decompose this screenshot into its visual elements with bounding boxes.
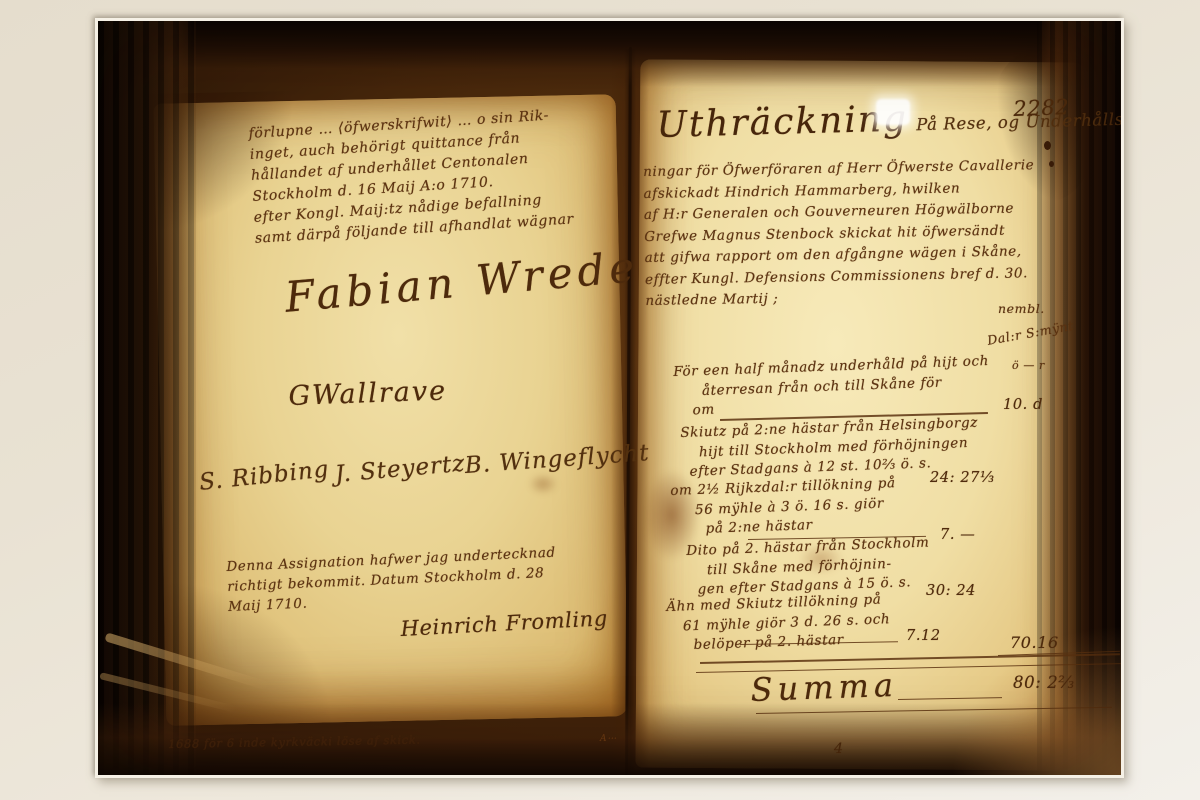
summa-amount: 80: 2⅔: [1013, 673, 1075, 692]
ledger-item-5: Ähn med Skiutz tillökning på 61 mÿhle gi…: [666, 590, 891, 656]
left-intro-paragraph: förlupne … ⟨öfwerskrifwit⟩ … o sin Rik- …: [248, 105, 574, 250]
subtotal-amount: 70.16: [1010, 633, 1059, 652]
manuscript-photo: förlupne … ⟨öfwerskrifwit⟩ … o sin Rik- …: [95, 18, 1124, 778]
ink-dot: [1044, 141, 1051, 150]
ledger-item-1: För een half månadz underhåld på hijt oc…: [673, 352, 991, 421]
flash-glare: [876, 99, 910, 125]
summa-label: Summa: [750, 666, 899, 709]
item-amount-1: 10. d: [1003, 397, 1043, 413]
heading-rest: På Rese, og Underhålls Pen-: [916, 109, 1124, 135]
currency-column-subheader: ö — r: [1012, 359, 1045, 372]
item-amount-2: 24: 27⅓: [930, 470, 995, 486]
heading-word: Uthräckning: [656, 98, 909, 146]
item-amount-5: 7.12: [906, 628, 941, 644]
ledger-item-4: Dito på 2. hästar från Stockholm till Sk…: [686, 534, 931, 601]
archival-bottom-note: 1688 för 6 inde kyrkväcki löse af skick.: [168, 733, 421, 751]
margin-mark: A⋯: [600, 734, 617, 744]
ledger-item-3: om 2½ Rijkzdal:r tillökning på 56 mÿhle …: [670, 474, 897, 540]
item-amount-4: 30: 24: [926, 583, 976, 599]
right-intro-paragraph: ningar för Öfwerföraren af Herr Öfwerste…: [643, 155, 1037, 312]
foxing-stain: [528, 473, 558, 495]
ink-dot: [1049, 161, 1054, 167]
framed-photo: förlupne … ⟨öfwerskrifwit⟩ … o sin Rik- …: [0, 0, 1200, 800]
sheet-signature-mark: 4: [834, 741, 844, 757]
item-amount-3: 7. —: [940, 527, 975, 543]
signature-gwallrave: GWallrave: [288, 375, 448, 412]
nembl-note: nembl.: [998, 301, 1045, 316]
